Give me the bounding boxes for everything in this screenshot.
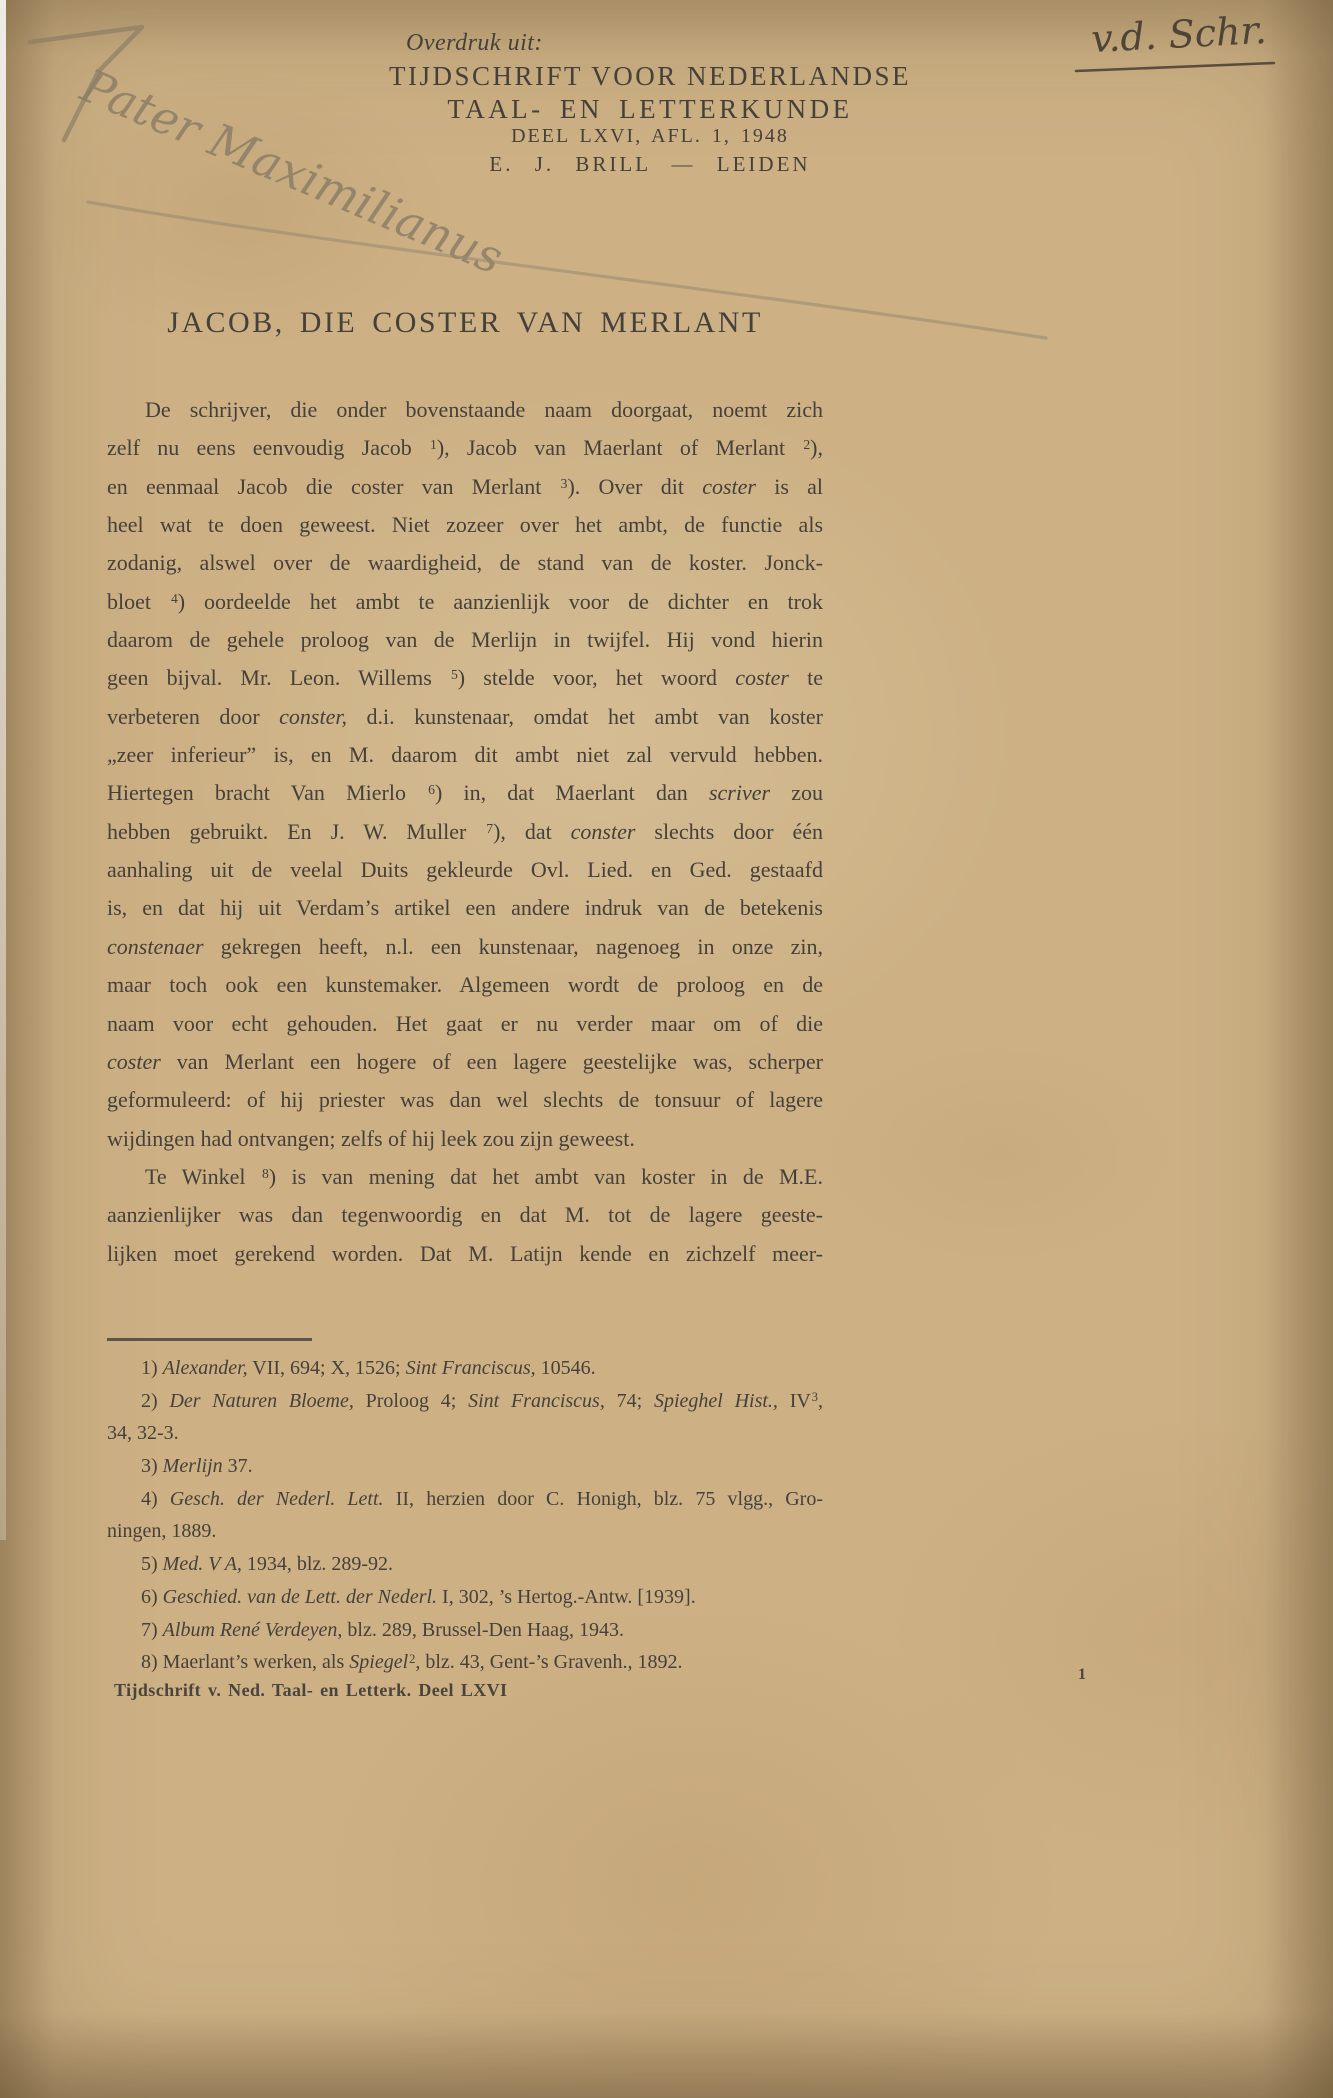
body-line: coster van Merlant een hogere of een lag… [107, 1043, 823, 1081]
body-line: Te Winkel 8) is van mening dat het ambt … [107, 1158, 823, 1196]
body-line: aanzienlijker was dan tegenwoordig en da… [107, 1196, 823, 1234]
body-line: heel wat te doen geweest. Niet zozeer ov… [107, 506, 823, 544]
page-number: 1 [1078, 1666, 1086, 1684]
footnote-line: 7) Album René Verdeyen, blz. 289, Brusse… [107, 1614, 823, 1647]
footnote-divider [107, 1338, 312, 1341]
body-line: wijdingen had ontvangen; zelfs of hij le… [107, 1120, 823, 1158]
body-line: en eenmaal Jacob die coster van Merlant … [107, 468, 823, 506]
journal-header: Overdruk uit: TIJDSCHRIFT VOOR NEDERLAND… [300, 30, 1000, 177]
body-line: aanhaling uit de veelal Duits gekleurde … [107, 851, 823, 889]
body-line: bloet 4) oordeelde het ambt te aanzienli… [107, 583, 823, 621]
body-line: hebben gebruikt. En J. W. Muller 7), dat… [107, 813, 823, 851]
article-body: De schrijver, die onder bovenstaande naa… [107, 391, 823, 1273]
body-line: constenaer gekregen heeft, n.l. een kuns… [107, 928, 823, 966]
journal-title-line2: TAAL- EN LETTERKUNDE [300, 94, 1000, 125]
body-line: zelf nu eens eenvoudig Jacob 1), Jacob v… [107, 429, 823, 467]
journal-title-line1: TIJDSCHRIFT VOOR NEDERLANDSE [300, 61, 1000, 94]
footnote-line: 6) Geschied. van de Lett. der Nederl. I,… [107, 1581, 823, 1614]
journal-publisher: E. J. BRILL — LEIDEN [300, 152, 1000, 177]
body-line: is, en dat hij uit Verdam’s artikel een … [107, 889, 823, 927]
body-line: geen bijval. Mr. Leon. Willems 5) stelde… [107, 659, 823, 697]
body-line: naam voor echt gehouden. Het gaat er nu … [107, 1005, 823, 1043]
running-footer: Tijdschrift v. Ned. Taal- en Letterk. De… [114, 1680, 507, 1701]
body-line: verbeteren door conster, d.i. kunstenaar… [107, 698, 823, 736]
scanned-offprint-page: Overdruk uit: TIJDSCHRIFT VOOR NEDERLAND… [0, 0, 1333, 2098]
dedication-handwriting-ink: v.d. Schr. [1090, 8, 1267, 61]
pencil-flourish [30, 27, 142, 140]
footnote-line: 3) Merlijn 37. [107, 1450, 823, 1483]
body-line: Hiertegen bracht Van Mierlo 6) in, dat M… [107, 774, 823, 812]
body-line: De schrijver, die onder bovenstaande naa… [107, 391, 823, 429]
footnote-line: 4) Gesch. der Nederl. Lett. II, herzien … [107, 1483, 823, 1516]
footnote-line: 2) Der Naturen Bloeme, Proloog 4; Sint F… [107, 1385, 823, 1418]
body-line: daarom de gehele proloog van de Merlijn … [107, 621, 823, 659]
body-line: lijken moet gerekend worden. Dat M. Lati… [107, 1235, 823, 1273]
footnote-line: 8) Maerlant’s werken, als Spiegel2, blz.… [107, 1646, 823, 1679]
journal-volume: DEEL LXVI, AFL. 1, 1948 [300, 125, 1000, 152]
article-title: JACOB, DIE COSTER VAN MERLANT [107, 306, 823, 340]
ink-underline [1076, 63, 1274, 71]
scan-edge-highlight [0, 0, 6, 1540]
footnote-line: ningen, 1889. [107, 1515, 823, 1548]
footnote-line: 34, 32-3. [107, 1417, 823, 1450]
footnote-line: 5) Med. V A, 1934, blz. 289-92. [107, 1548, 823, 1581]
footnotes: 1) Alexander, VII, 694; X, 1526; Sint Fr… [107, 1352, 823, 1679]
body-line: zodanig, alswel over de waardigheid, de … [107, 544, 823, 582]
overdruk-label: Overdruk uit: [300, 30, 1000, 61]
body-line: „zeer inferieur” is, en M. daarom dit am… [107, 736, 823, 774]
body-line: geformuleerd: of hij priester was dan we… [107, 1081, 823, 1119]
body-line: maar toch ook een kunstemaker. Algemeen … [107, 966, 823, 1004]
footnote-line: 1) Alexander, VII, 694; X, 1526; Sint Fr… [107, 1352, 823, 1385]
